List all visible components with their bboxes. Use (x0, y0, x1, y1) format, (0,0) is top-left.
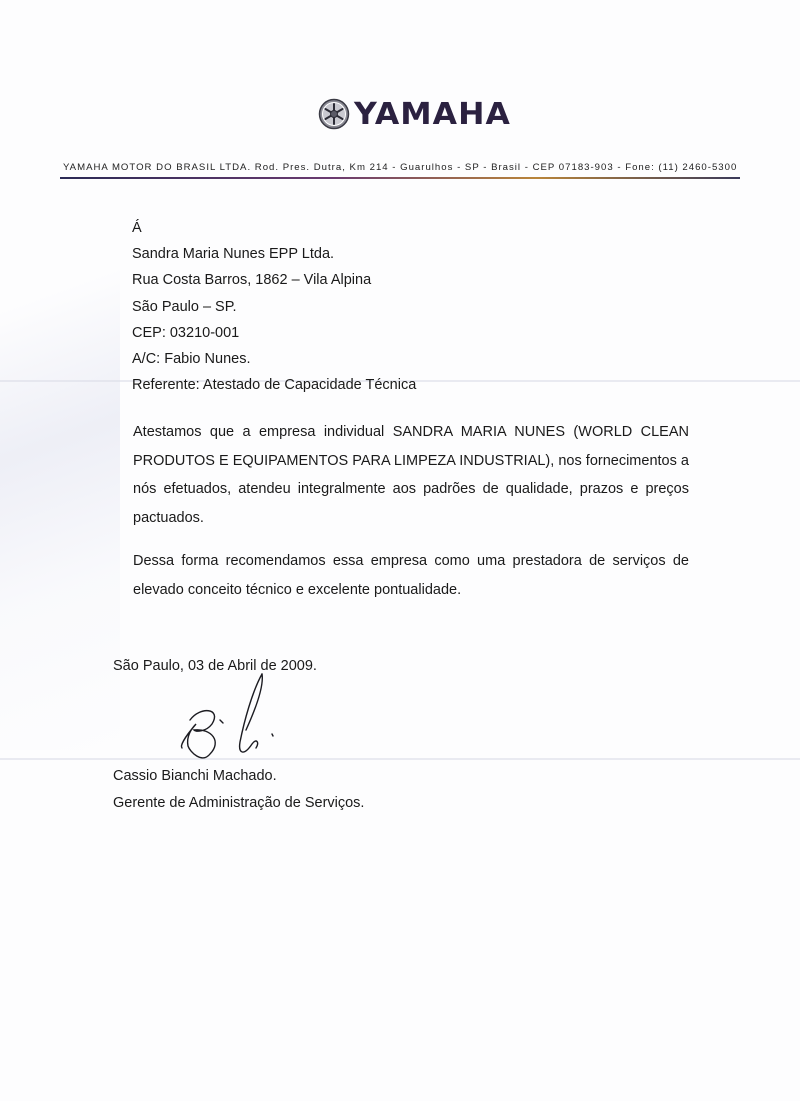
signer-title: Gerente de Administração de Serviços. (113, 790, 364, 817)
recipient-city: São Paulo – SP. (132, 294, 416, 320)
yamaha-logo: YAMAHA (318, 96, 503, 132)
paper-fold-line (0, 758, 800, 760)
body-paragraph-2: Dessa forma recomendamos essa empresa co… (133, 547, 689, 604)
recipient-street: Rua Costa Barros, 1862 – Vila Alpina (132, 267, 416, 293)
salutation: Á (132, 215, 416, 241)
recipient-company: Sandra Maria Nunes EPP Ltda. (132, 241, 416, 267)
scan-shadow (0, 190, 120, 750)
recipient-attention: A/C: Fabio Nunes. (132, 346, 416, 372)
company-address: YAMAHA MOTOR DO BRASIL LTDA. Rod. Pres. … (63, 162, 740, 173)
body-paragraph-1: Atestamos que a empresa individual SANDR… (133, 418, 689, 532)
header-divider (60, 177, 740, 179)
recipient-block: Á Sandra Maria Nunes EPP Ltda. Rua Costa… (132, 215, 416, 398)
recipient-cep: CEP: 03210-001 (132, 320, 416, 346)
brand-name: YAMAHA (354, 97, 511, 132)
yamaha-tuning-forks-icon (318, 98, 350, 130)
signer-block: Cassio Bianchi Machado. Gerente de Admin… (113, 763, 364, 817)
subject-line: Referente: Atestado de Capacidade Técnic… (132, 372, 416, 398)
signer-name: Cassio Bianchi Machado. (113, 763, 364, 790)
